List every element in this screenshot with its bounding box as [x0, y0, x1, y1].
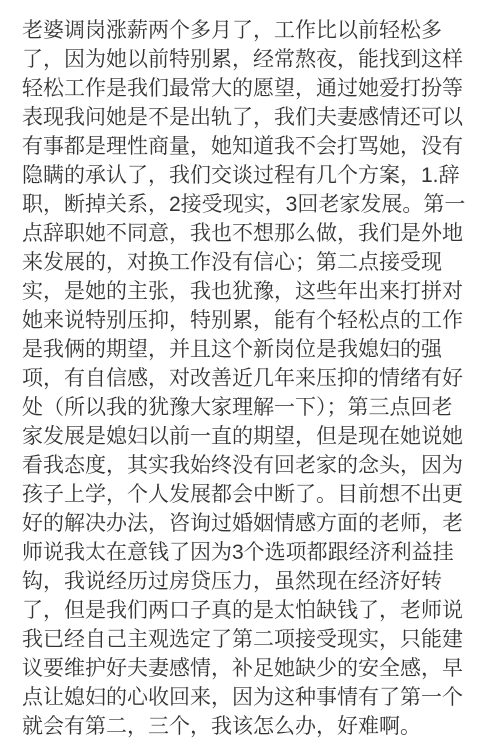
- text-line: 隐瞒的承认了，我们交谈过程有几个方案，1.辞: [22, 161, 482, 190]
- text-line: 是我俩的期望，并且这个新岗位是我媳妇的强: [22, 335, 482, 364]
- text-line: 来发展的，对换工作没有信心；第二点接受现: [22, 248, 482, 277]
- text-line: 了，因为她以前特别累，经常熬夜，能找到这样: [22, 45, 482, 74]
- text-line: 孩子上学，个人发展都会中断了。目前想不出更: [22, 480, 482, 509]
- text-line: 点让媳妇的心收回来，因为这种事情有了第一个: [22, 683, 482, 712]
- text-line: 看我态度，其实我始终没有回老家的念头，因为: [22, 451, 482, 480]
- text-line: 实，是她的主张，我也犹豫，这些年出来打拼对: [22, 277, 482, 306]
- text-line: 了，但是我们两口子真的是太怕缺钱了，老师说: [22, 596, 482, 625]
- text-line: 有事都是理性商量，她知道我不会打骂她，没有: [22, 132, 482, 161]
- text-line: 钩，我说经历过房贷压力，虽然现在经济好转: [22, 567, 482, 596]
- text-line: 点辞职她不同意，我也不想那么做，我们是外地: [22, 219, 482, 248]
- text-line: 职，断掉关系，2接受现实，3回老家发展。第一: [22, 190, 482, 219]
- text-line: 她来说特别压抑，特别累，能有个轻松点的工作: [22, 306, 482, 335]
- text-line: 轻松工作是我们最常大的愿望，通过她爱打扮等: [22, 74, 482, 103]
- text-line: 师说我太在意钱了因为3个选项都跟经济利益挂: [22, 538, 482, 567]
- text-line: 议要维护好夫妻感情，补足她缺少的安全感，早: [22, 654, 482, 683]
- post-text: 老婆调岗涨薪两个多月了，工作比以前轻松多 了，因为她以前特别累，经常熬夜，能找到…: [0, 0, 500, 741]
- text-line: 老婆调岗涨薪两个多月了，工作比以前轻松多: [22, 16, 482, 45]
- text-line: 处（所以我的犹豫大家理解一下）；第三点回老: [22, 393, 482, 422]
- text-line: 表现我问她是不是出轨了，我们夫妻感情还可以: [22, 103, 482, 132]
- text-line: 项，有自信感，对改善近几年来压抑的情绪有好: [22, 364, 482, 393]
- text-line: 我已经自己主观选定了第二项接受现实，只能建: [22, 625, 482, 654]
- text-line: 好的解决办法，咨询过婚姻情感方面的老师，老: [22, 509, 482, 538]
- text-line: 就会有第二，三个，我该怎么办，好难啊。: [22, 712, 482, 741]
- text-line: 家发展是媳妇以前一直的期望，但是现在她说她: [22, 422, 482, 451]
